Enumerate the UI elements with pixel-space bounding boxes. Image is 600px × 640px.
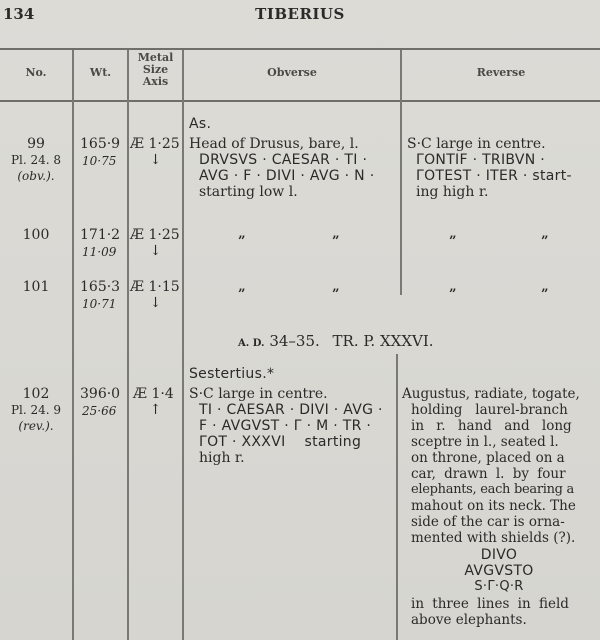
obverse-legend: AVG · F · DIVI · AVG · N · <box>199 168 374 185</box>
weight-grains: 165·3 <box>80 279 120 296</box>
weight-grains: 171·2 <box>80 227 120 244</box>
header-bottom-rule <box>0 100 600 102</box>
reverse-legend: AVGVSTO <box>398 563 600 580</box>
die-axis-down-icon: ↓ <box>129 295 182 312</box>
reverse-line: on throne, placed on a <box>411 450 565 467</box>
die-axis-down-icon: ↓ <box>129 243 182 260</box>
reverse-line: in three lines in field <box>411 596 569 613</box>
obverse-legend: DRVSVS · CAESAR · TI · <box>199 152 367 169</box>
period-heading: A. D. 34–35. TR. P. XXXVI. <box>238 333 434 353</box>
plate-note: (obv.). <box>0 168 72 185</box>
reverse-legend: ΓONTIF · TRIBVN · <box>416 152 545 169</box>
table-top-rule <box>0 48 600 50</box>
metal-size: Æ 1·15 <box>130 279 180 296</box>
reverse-line: holding laurel-branch <box>411 402 568 419</box>
reverse-line: ing high r. <box>416 184 488 201</box>
period-title: TR. P. XXXVI. <box>333 332 434 350</box>
metal-size: Æ 1·25 <box>130 227 180 244</box>
document-page: 134 TIBERIUS No. Wt. Metal Size Axis Obv… <box>0 0 600 640</box>
column-divider-obverse-upper <box>400 50 402 295</box>
plate-reference: Pl. 24. 9 <box>0 402 72 419</box>
obverse-legend: ΓOT · XXXVI starting <box>199 434 361 451</box>
reverse-line: above elephants. <box>411 612 527 629</box>
weight-grains: 165·9 <box>80 136 120 153</box>
header-metal-size-axis: Metal Size Axis <box>129 52 182 88</box>
reverse-legend: DIVO <box>398 547 600 564</box>
coin-number: 99 <box>0 136 72 153</box>
weight-grains: 396·0 <box>80 386 120 403</box>
obverse-legend: TI · CAESAR · DIVI · AVG · <box>199 402 383 419</box>
reverse-legend: S·Γ·Q·R <box>398 579 600 596</box>
metal-size: Æ 1·25 <box>130 136 180 153</box>
column-divider-no <box>72 50 74 640</box>
header-wt: Wt. <box>74 67 127 79</box>
weight-grams: 11·09 <box>82 244 116 261</box>
reverse-line: Augustus, radiate, togate, <box>402 386 580 403</box>
ditto-mark: ” <box>332 287 339 302</box>
obverse-line: starting low l. <box>199 184 298 201</box>
weight-grams: 10·75 <box>82 153 116 170</box>
obverse-line: high r. <box>199 450 245 467</box>
denomination-as: As. <box>189 116 211 133</box>
reverse-line: elephants, each bearing a <box>411 482 574 499</box>
header-reverse: Reverse <box>402 67 600 79</box>
reverse-line: car, drawn l. by four <box>411 466 566 483</box>
reverse-line: mahout on its neck. The <box>411 498 576 515</box>
period-era: A. D. <box>238 338 265 349</box>
ditto-mark: ” <box>541 234 548 249</box>
period-years: 34–35. <box>269 332 319 350</box>
die-axis-down-icon: ↓ <box>129 152 182 169</box>
denomination-sestertius: Sestertius.* <box>189 366 274 383</box>
coin-number: 102 <box>0 386 72 403</box>
ditto-mark: ” <box>332 234 339 249</box>
column-divider-wt <box>127 50 129 640</box>
column-divider-obverse-lower <box>396 354 398 640</box>
obverse-line: S·C large in centre. <box>189 386 328 403</box>
ditto-mark: ” <box>449 234 456 249</box>
obverse-legend: F · AVGVST · Γ · M · TR · <box>199 418 371 435</box>
running-head: TIBERIUS <box>0 5 600 23</box>
ditto-mark: ” <box>238 234 245 249</box>
header-axis: Axis <box>129 76 182 88</box>
weight-grams: 10·71 <box>82 296 116 313</box>
die-axis-up-icon: ↑ <box>129 402 182 419</box>
reverse-line: side of the car is orna- <box>411 514 565 531</box>
ditto-mark: ” <box>238 287 245 302</box>
coin-number: 100 <box>0 227 72 244</box>
plate-note: (rev.). <box>0 418 72 435</box>
weight-grams: 25·66 <box>82 403 116 420</box>
reverse-line: mented with shields (?). <box>411 530 575 547</box>
plate-reference: Pl. 24. 8 <box>0 152 72 169</box>
header-obverse: Obverse <box>184 67 400 79</box>
reverse-legend: ΓOTEST · ITER · start- <box>416 168 572 185</box>
reverse-line: in r. hand and long <box>411 418 572 435</box>
coin-number: 101 <box>0 279 72 296</box>
ditto-mark: ” <box>449 287 456 302</box>
ditto-mark: ” <box>541 287 548 302</box>
column-divider-metal <box>182 50 184 640</box>
reverse-line: sceptre in l., seated l. <box>411 434 559 451</box>
obverse-line: Head of Drusus, bare, l. <box>189 136 359 153</box>
header-no: No. <box>0 67 72 79</box>
metal-size: Æ 1·4 <box>133 386 174 403</box>
reverse-line: S·C large in centre. <box>407 136 546 153</box>
